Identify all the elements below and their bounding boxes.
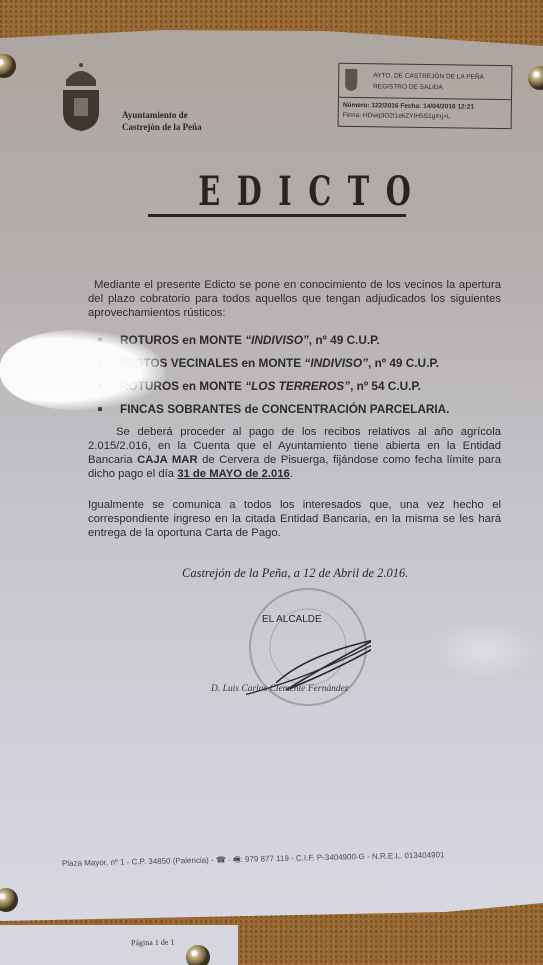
signer-role: EL ALCALDE xyxy=(262,614,322,625)
registry-stamp-box: AYTO. DE CASTREJÓN DE LA PEÑA REGISTRO D… xyxy=(338,63,513,129)
list-item: ROTUROS en MONTE “INDIVISO”, nº 49 C.U.P… xyxy=(120,333,449,348)
document-title: EDICTO xyxy=(182,168,371,216)
deadline-date: 31 de MAYO de 2.016 xyxy=(177,468,290,480)
items-list: ROTUROS en MONTE “INDIVISO”, nº 49 C.U.P… xyxy=(120,333,449,425)
payment-paragraph: Se deberá proceder al pago de los recibo… xyxy=(88,425,501,481)
intro-paragraph: Mediante el presente Edicto se pone en c… xyxy=(88,278,501,320)
page-number: Página 1 de 1 xyxy=(131,938,174,948)
list-item: ROTUROS en MONTE “LOS TERREROS”, nº 54 C… xyxy=(120,379,449,394)
list-item: FINCAS SOBRANTES de CONCENTRACIÓN PARCEL… xyxy=(120,402,449,417)
receipt-paragraph: Igualmente se comunica a todos los inter… xyxy=(88,498,501,540)
place-date: Castrejón de la Peña, a 12 de Abril de 2… xyxy=(182,566,408,581)
town-crest-icon xyxy=(60,60,102,132)
list-item: PASTOS VECINALES en MONTE “INDIVISO”, nº… xyxy=(120,356,449,371)
registry-crest-icon xyxy=(345,69,357,91)
title-underline xyxy=(148,214,406,217)
town-name: Ayuntamiento de Castrejón de la Peña xyxy=(122,109,202,133)
signer-name: D. Luis Carlos Clemente Fernández xyxy=(211,684,348,694)
pushpin-icon xyxy=(186,945,210,965)
